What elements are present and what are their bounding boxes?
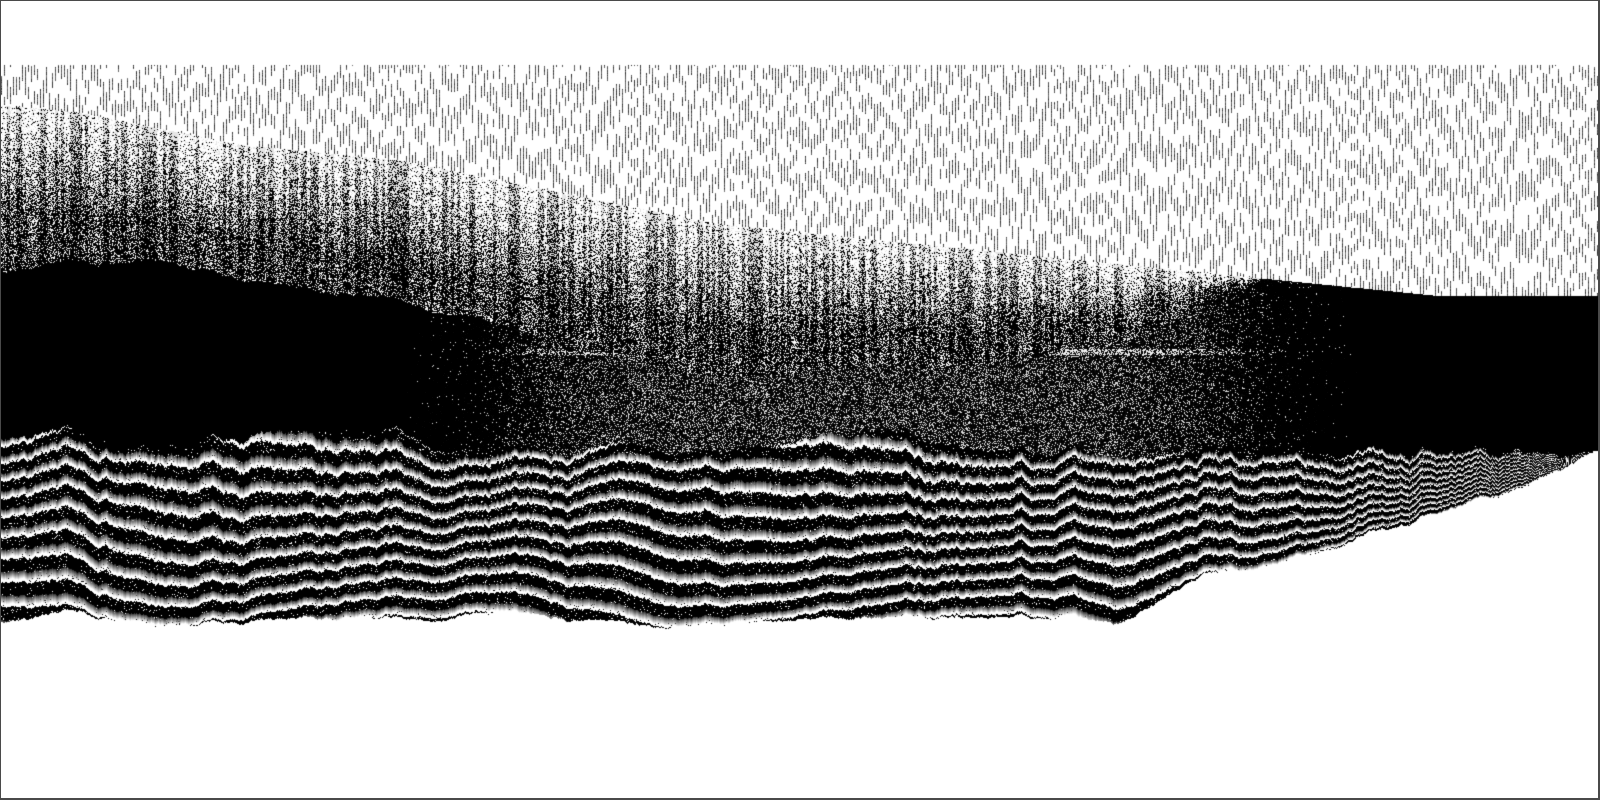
radargram-frame <box>0 0 1600 800</box>
radargram-image <box>1 1 1598 798</box>
